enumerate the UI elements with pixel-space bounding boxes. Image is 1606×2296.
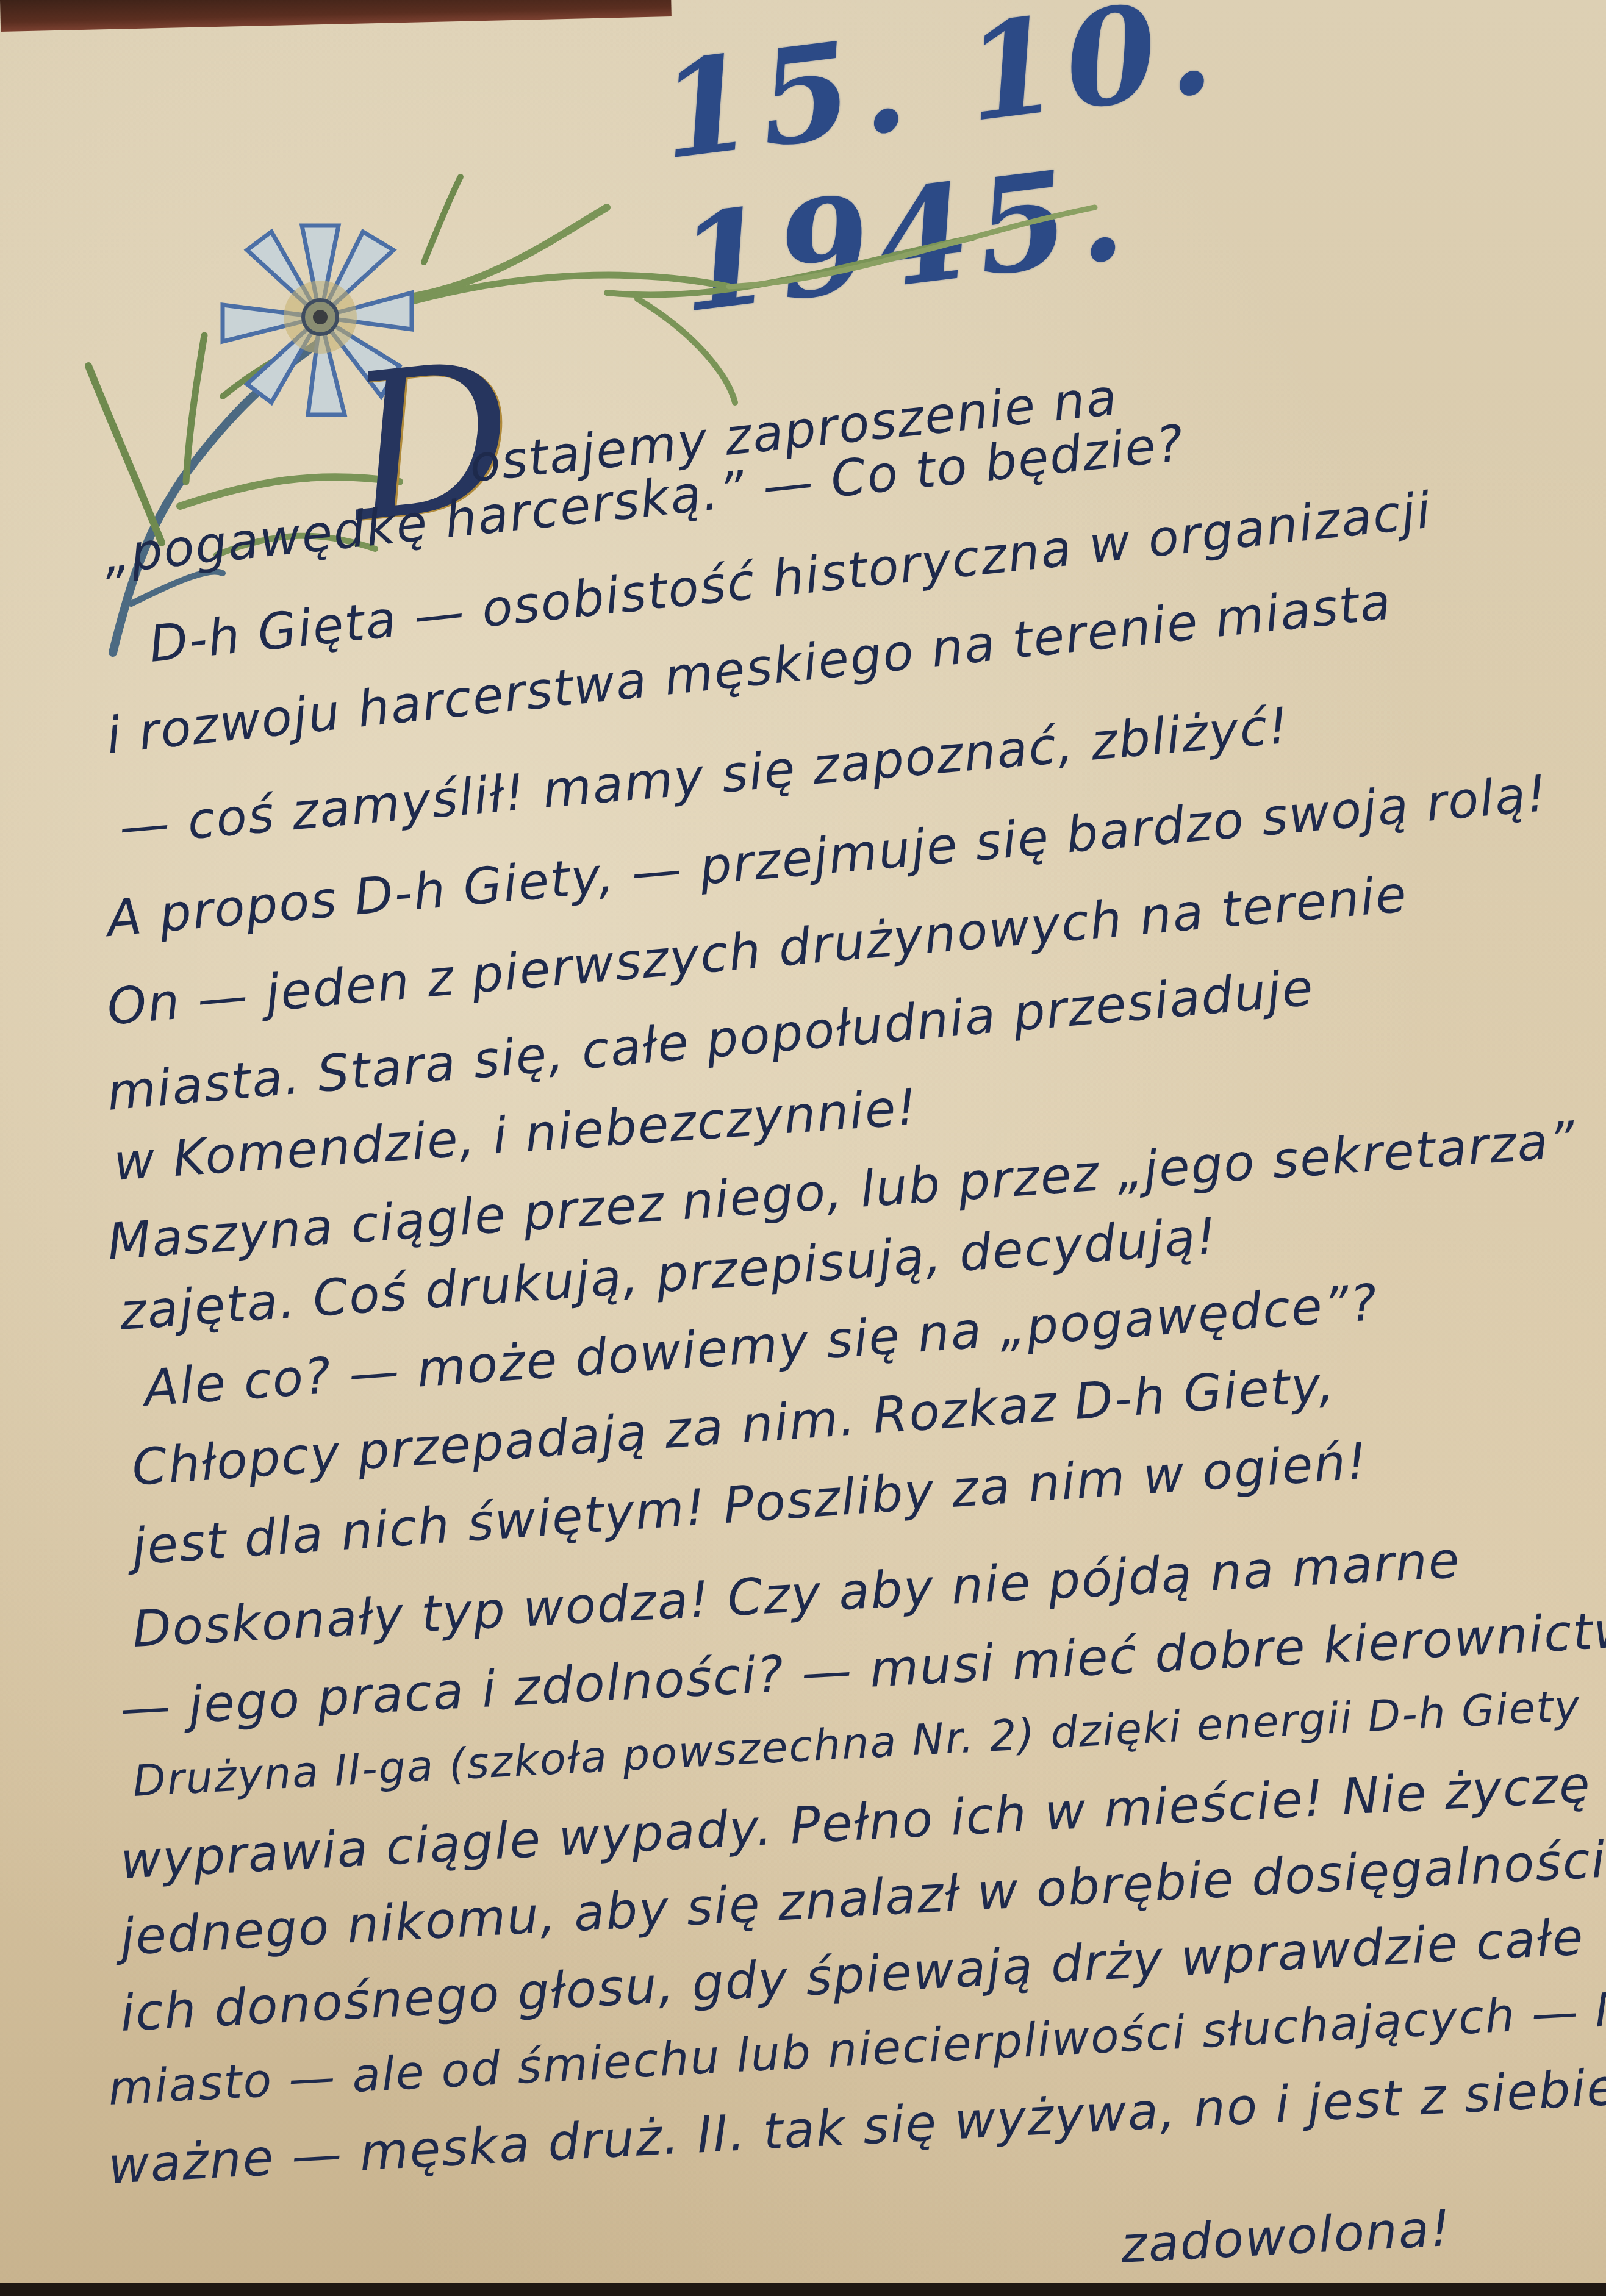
notebook-page: 15. 10. 1945. bbox=[0, 0, 1606, 2296]
text-line: zadowolona! bbox=[1119, 2200, 1453, 2275]
handwritten-text-body: ostajemy zaproszenie na „pogawędkę harce… bbox=[0, 0, 1606, 2296]
